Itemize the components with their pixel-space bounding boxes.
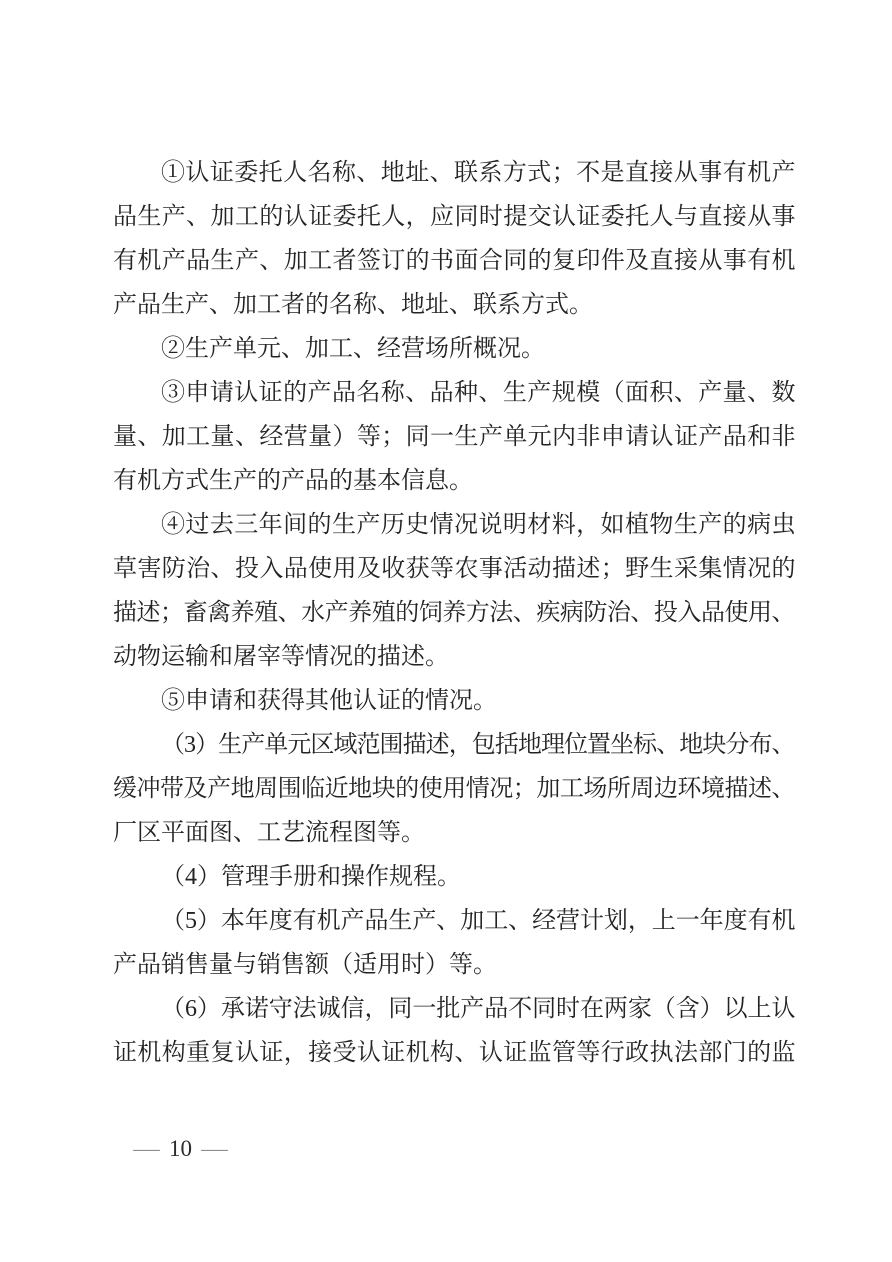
text-line: ③申请认证的产品名称、品种、生产规模（面积、产量、数 xyxy=(113,371,793,415)
text-line: 证机构重复认证，接受认证机构、认证监管等行政执法部门的监 xyxy=(113,1031,793,1075)
text-line: 产品销售量与销售额（适用时）等。 xyxy=(113,943,793,987)
paragraph: （3）生产单元区域范围描述，包括地理位置坐标、地块分布、缓冲带及产地周围临近地块… xyxy=(113,723,793,855)
text-line: （6）承诺守法诚信，同一批产品不同时在两家（含）以上认 xyxy=(113,987,793,1031)
text-line: 品生产、加工的认证委托人，应同时提交认证委托人与直接从事 xyxy=(113,195,793,239)
footer-dash-left: — xyxy=(133,1134,159,1164)
text-line: 有机产品生产、加工者签订的书面合同的复印件及直接从事有机 xyxy=(113,239,793,283)
text-line: ①认证委托人名称、地址、联系方式；不是直接从事有机产 xyxy=(113,151,793,195)
text-line: （4）管理手册和操作规程。 xyxy=(113,855,793,899)
text-line: ⑤申请和获得其他认证的情况。 xyxy=(113,679,793,723)
text-line: 量、加工量、经营量）等；同一生产单元内非申请认证产品和非 xyxy=(113,415,793,459)
text-line: ②生产单元、加工、经营场所概况。 xyxy=(113,327,793,371)
text-line: 产品生产、加工者的名称、地址、联系方式。 xyxy=(113,283,793,327)
paragraph: ①认证委托人名称、地址、联系方式；不是直接从事有机产品生产、加工的认证委托人，应… xyxy=(113,151,793,327)
text-line: ④过去三年间的生产历史情况说明材料，如植物生产的病虫 xyxy=(113,503,793,547)
paragraph: （5）本年度有机产品生产、加工、经营计划，上一年度有机产品销售量与销售额（适用时… xyxy=(113,899,793,987)
paragraph: （6）承诺守法诚信，同一批产品不同时在两家（含）以上认证机构重复认证，接受认证机… xyxy=(113,987,793,1075)
document-page: ①认证委托人名称、地址、联系方式；不是直接从事有机产品生产、加工的认证委托人，应… xyxy=(0,0,892,1262)
paragraph: ⑤申请和获得其他认证的情况。 xyxy=(113,679,793,723)
text-line: 描述；畜禽养殖、水产养殖的饲养方法、疾病防治、投入品使用、 xyxy=(113,591,793,635)
text-block: ①认证委托人名称、地址、联系方式；不是直接从事有机产品生产、加工的认证委托人，应… xyxy=(113,151,793,1075)
page-number: 10 xyxy=(169,1134,192,1164)
text-line: 草害防治、投入品使用及收获等农事活动描述；野生采集情况的 xyxy=(113,547,793,591)
text-line: 有机方式生产的产品的基本信息。 xyxy=(113,459,793,503)
text-line: 厂区平面图、工艺流程图等。 xyxy=(113,811,793,855)
text-line: （5）本年度有机产品生产、加工、经营计划，上一年度有机 xyxy=(113,899,793,943)
footer-dash-right: — xyxy=(201,1134,227,1164)
text-line: （3）生产单元区域范围描述，包括地理位置坐标、地块分布、 xyxy=(113,723,793,767)
text-line: 缓冲带及产地周围临近地块的使用情况；加工场所周边环境描述、 xyxy=(113,767,793,811)
text-line: 动物运输和屠宰等情况的描述。 xyxy=(113,635,793,679)
paragraph: ③申请认证的产品名称、品种、生产规模（面积、产量、数量、加工量、经营量）等；同一… xyxy=(113,371,793,503)
paragraph: （4）管理手册和操作规程。 xyxy=(113,855,793,899)
page-footer: — 10 — xyxy=(135,1134,226,1164)
paragraph: ④过去三年间的生产历史情况说明材料，如植物生产的病虫草害防治、投入品使用及收获等… xyxy=(113,503,793,679)
paragraph: ②生产单元、加工、经营场所概况。 xyxy=(113,327,793,371)
